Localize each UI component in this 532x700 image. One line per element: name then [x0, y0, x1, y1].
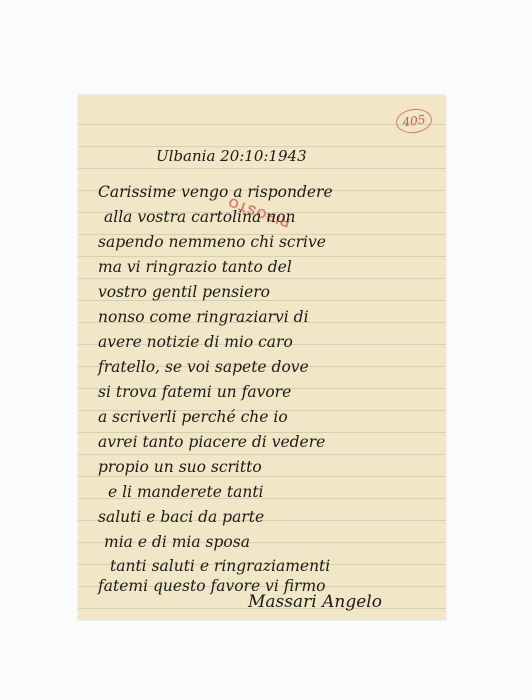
letter-line: si trova fatemi un favore: [98, 383, 291, 401]
letter-line: ma vi ringrazio tanto del: [98, 258, 292, 276]
date-line: Ulbania 20:10:1943: [156, 147, 307, 165]
letter-line: Carissime vengo a rispondere: [98, 183, 333, 201]
letter-line: vostro gentil pensiero: [98, 283, 270, 301]
letter-line: saluti e baci da parte: [98, 508, 264, 526]
letter-line: nonso come ringraziarvi di: [98, 308, 309, 326]
letter-line: a scriverli perché che io: [98, 408, 288, 426]
signature: Massari Angelo: [248, 592, 382, 612]
letter-line: mia e di mia sposa: [104, 533, 250, 551]
letter-paper: 405 RIPOSTO Ulbania 20:10:1943 Carissime…: [78, 95, 446, 620]
letter-line: e li manderete tanti: [108, 483, 264, 501]
letter-line: avrei tanto piacere di vedere: [98, 433, 325, 451]
letter-line: tanti saluti e ringraziamenti: [110, 557, 330, 575]
letter-line: alla vostra cartolina non: [104, 208, 295, 226]
letter-line: propio un suo scritto: [98, 458, 262, 476]
letter-line: avere notizie di mio caro: [98, 333, 293, 351]
letter-line: sapendo nemmeno chi scrive: [98, 233, 326, 251]
letter-line: fratello, se voi sapete dove: [98, 358, 309, 376]
archive-number-stamp: 405: [395, 107, 434, 136]
